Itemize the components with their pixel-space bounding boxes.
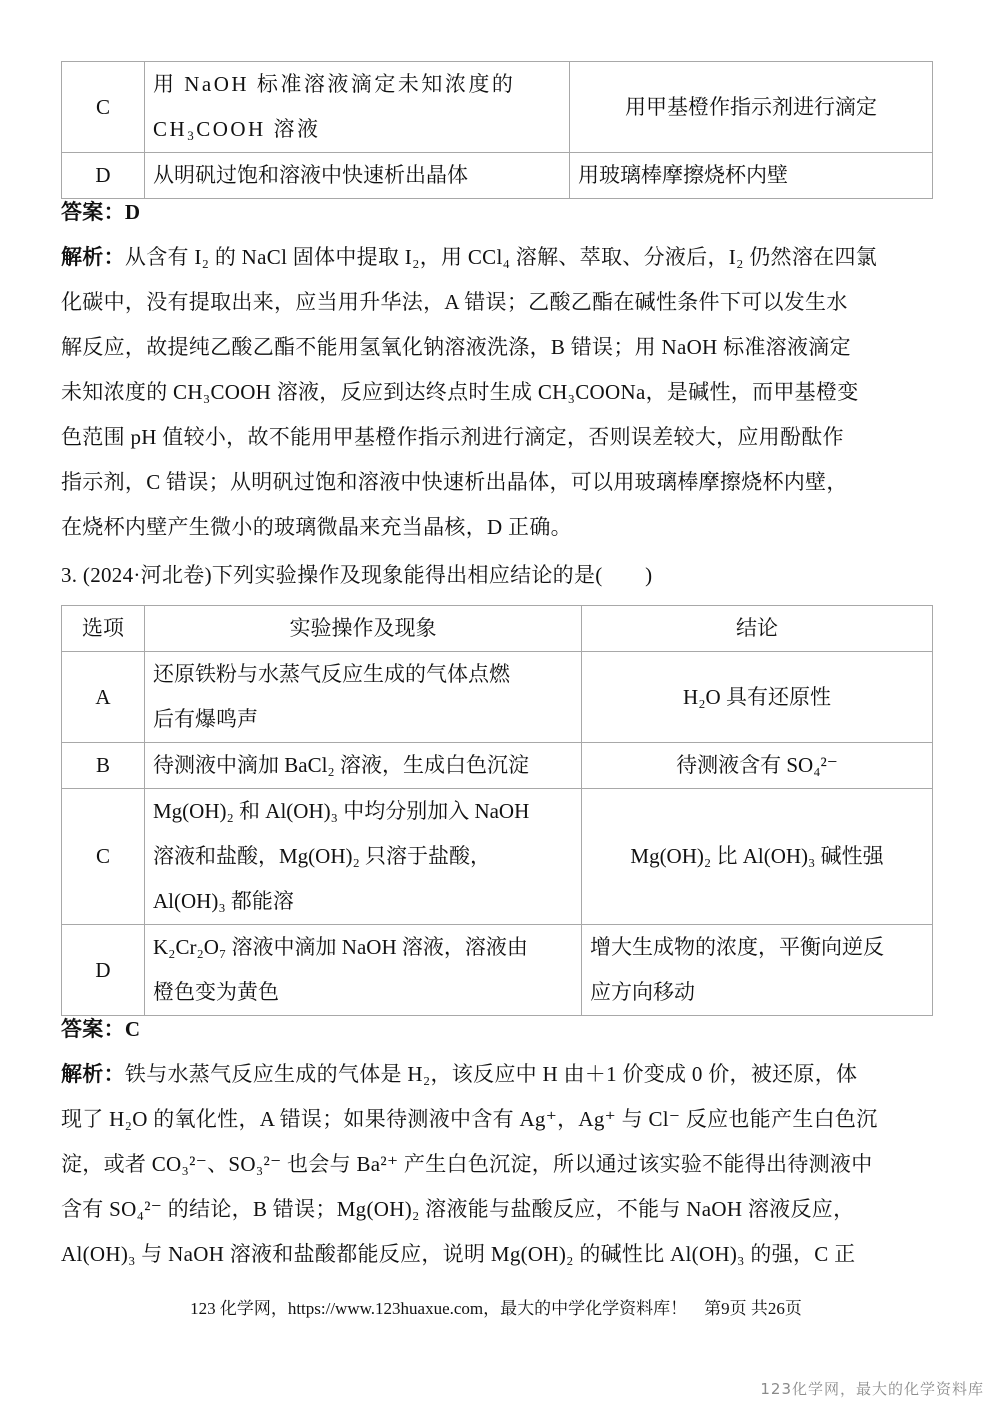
q3-stem: 3. (2024·河北卷)下列实验操作及现象能得出相应结论的是( ) xyxy=(61,553,652,598)
analysis-line: 解析：铁与水蒸气反应生成的气体是 H₂，该反应中 H 由＋1 价变成 0 价，被… xyxy=(61,1052,857,1097)
option-cell: B xyxy=(62,743,145,789)
page-footer: 123 化学网，https://www.123huaxue.com，最大的中学化… xyxy=(0,1294,992,1319)
analysis-line: 化碳中，没有提取出来，应当用升华法，A 错误；乙酸乙酯在碱性条件下可以发生水 xyxy=(61,280,848,325)
option-cell: A xyxy=(62,652,145,743)
table-row: A 还原铁粉与水蒸气反应生成的气体点燃后有爆鸣声 H₂O 具有还原性 xyxy=(62,652,933,743)
analysis-line: 色范围 pH 值较小，故不能用甲基橙作指示剂进行滴定，否则误差较大，应用酚酞作 xyxy=(61,415,844,460)
q2-answer: 答案：D xyxy=(61,190,140,235)
q3-answer: 答案：C xyxy=(61,1007,140,1052)
conclusion-cell: 增大生成物的浓度，平衡向逆反应方向移动 xyxy=(582,925,933,1016)
operation-cell: 还原铁粉与水蒸气反应生成的气体点燃后有爆鸣声 xyxy=(145,652,582,743)
table-row: C Mg(OH)₂ 和 Al(OH)₃ 中均分别加入 NaOH溶液和盐酸，Mg(… xyxy=(62,789,933,925)
analysis-line: 解析：从含有 I₂ 的 NaCl 固体中提取 I₂，用 CCl₄ 溶解、萃取、分… xyxy=(61,235,877,280)
analysis-line: 淀，或者 CO₃²⁻、SO₃²⁻ 也会与 Ba²⁺ 产生白色沉淀，所以通过该实验… xyxy=(61,1142,873,1187)
operation-line: CH3COOH 溶液 xyxy=(153,107,561,152)
operation-cell: 待测液中滴加 BaCl₂ 溶液，生成白色沉淀 xyxy=(145,743,582,789)
watermark: 123化学网，最大的化学资料库 xyxy=(760,1378,984,1399)
analysis-line: 未知浓度的 CH₃COOH 溶液，反应到达终点时生成 CH₃COONa，是碱性，… xyxy=(61,370,859,415)
conclusion-cell: H₂O 具有还原性 xyxy=(582,652,933,743)
analysis-line: 在烧杯内壁产生微小的玻璃微晶来充当晶核，D 正确。 xyxy=(61,505,572,550)
table-row: B 待测液中滴加 BaCl₂ 溶液，生成白色沉淀 待测液含有 SO₄²⁻ xyxy=(62,743,933,789)
operation-line: 用 NaOH 标准溶液滴定未知浓度的 xyxy=(153,62,561,107)
analysis-line: 解反应，故提纯乙酸乙酯不能用氢氧化钠溶液洗涤，B 错误；用 NaOH 标准溶液滴… xyxy=(61,325,851,370)
q3-options-table: 选项 实验操作及现象 结论 A 还原铁粉与水蒸气反应生成的气体点燃后有爆鸣声 H… xyxy=(61,605,933,1016)
analysis-line: 含有 SO₄²⁻ 的结论，B 错误；Mg(OH)₂ 溶液能与盐酸反应，不能与 N… xyxy=(61,1187,854,1232)
operation-cell: K₂Cr₂O₇ 溶液中滴加 NaOH 溶液，溶液由橙色变为黄色 xyxy=(145,925,582,1016)
option-cell: D xyxy=(62,925,145,1016)
operation-cell: 从明矾过饱和溶液中快速析出晶体 xyxy=(145,153,570,199)
conclusion-cell: 待测液含有 SO₄²⁻ xyxy=(582,743,933,789)
table-row: C 用 NaOH 标准溶液滴定未知浓度的 CH3COOH 溶液 用甲基橙作指示剂… xyxy=(62,62,933,153)
column-header: 结论 xyxy=(582,606,933,652)
conclusion-cell: Mg(OH)₂ 比 Al(OH)₃ 碱性强 xyxy=(582,789,933,925)
option-cell: C xyxy=(62,62,145,153)
method-cell: 用玻璃棒摩擦烧杯内壁 xyxy=(570,153,933,199)
option-cell: C xyxy=(62,789,145,925)
analysis-line: 现了 H₂O 的氧化性，A 错误；如果待测液中含有 Ag⁺，Ag⁺ 与 Cl⁻ … xyxy=(61,1097,878,1142)
operation-cell: Mg(OH)₂ 和 Al(OH)₃ 中均分别加入 NaOH溶液和盐酸，Mg(OH… xyxy=(145,789,582,925)
table-header-row: 选项 实验操作及现象 结论 xyxy=(62,606,933,652)
column-header: 实验操作及现象 xyxy=(145,606,582,652)
column-header: 选项 xyxy=(62,606,145,652)
method-cell: 用甲基橙作指示剂进行滴定 xyxy=(570,62,933,153)
analysis-line: Al(OH)₃ 与 NaOH 溶液和盐酸都能反应，说明 Mg(OH)₂ 的碱性比… xyxy=(61,1232,855,1277)
table-row: D K₂Cr₂O₇ 溶液中滴加 NaOH 溶液，溶液由橙色变为黄色 增大生成物的… xyxy=(62,925,933,1016)
q2-options-table: C 用 NaOH 标准溶液滴定未知浓度的 CH3COOH 溶液 用甲基橙作指示剂… xyxy=(61,61,933,199)
operation-cell: 用 NaOH 标准溶液滴定未知浓度的 CH3COOH 溶液 xyxy=(145,62,570,153)
analysis-line: 指示剂，C 错误；从明矾过饱和溶液中快速析出晶体，可以用玻璃棒摩擦烧杯内壁， xyxy=(61,460,848,505)
table-row: D 从明矾过饱和溶液中快速析出晶体 用玻璃棒摩擦烧杯内壁 xyxy=(62,153,933,199)
